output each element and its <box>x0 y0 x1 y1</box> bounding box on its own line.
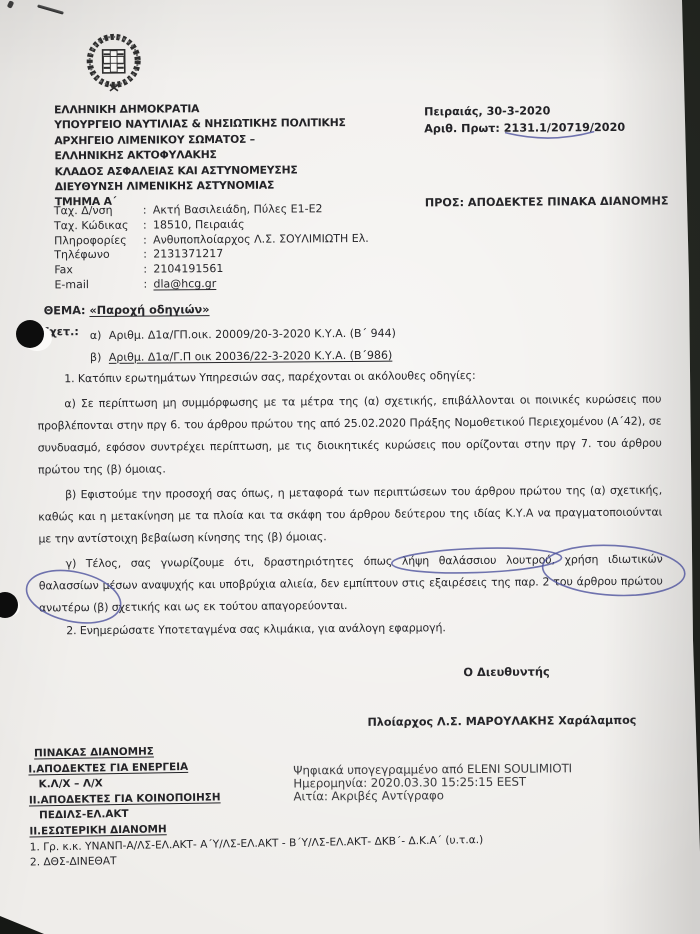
digital-signature-stamp: Ψηφιακά υπογεγραμμένο από ELENI SOULIMIO… <box>293 762 572 804</box>
hellenic-coat-of-arms-icon <box>80 30 147 95</box>
body-text-segment: σχετικής και ως εκ τούτου απαγορεύονται. <box>108 599 347 614</box>
contact-block: Ταχ. Δ/νση : Ακτή Βασιλειάδη, Πύλες Ε1-Ε… <box>54 202 369 293</box>
recipient-line: ΠΡΟΣ: ΑΠΟΔΕΚΤΕΣ ΠΙΝΑΚΑ ΔΙΑΝΟΜΗΣ <box>425 194 669 209</box>
place-date: Πειραιάς, 30-3-2020 <box>424 102 625 121</box>
agency-line: ΥΠΟΥΡΓΕΙΟ ΝΑΥΤΙΛΙΑΣ & ΝΗΣΙΩΤΙΚΗΣ ΠΟΛΙΤΙΚ… <box>54 115 346 133</box>
contact-row: Πληροφορίες : Ανθυποπλοίαρχος Λ.Σ. ΣΟΥΛΙ… <box>54 231 369 248</box>
contact-label: Πληροφορίες <box>54 233 143 248</box>
date-protocol-block: Πειραιάς, 30-3-2020 Αριθ. Πρωτ: 2131.1/2… <box>424 102 625 138</box>
signatory-name: Πλοίαρχος Λ.Σ. ΜΑΡΟΥΛΑΚΗΣ Χαράλαμπος <box>342 714 662 730</box>
body-text-segment: μέσων αναψυχής και υποβρύχια αλιεία, δεν… <box>99 575 577 592</box>
reference-prefix: β) <box>90 350 101 363</box>
digital-signature-line: Αιτία: Ακριβές Αντίγραφο <box>293 789 572 804</box>
reference-item: α) Αριθμ. Δ1α/ΓΠ.οικ. 20009/20-3-2020 Κ.… <box>90 323 396 347</box>
pen-circled-phrase: θαλασσίων <box>39 579 99 592</box>
body-text-segment: γ) Τέλος, σας γνωρίζουμε ότι, δραστηριότ… <box>66 555 402 571</box>
subject-value: «Παροχή οδηγιών» <box>89 303 209 317</box>
body-line: 2. Ενημερώσατε Υποτεταγμένα σας κλιμάκια… <box>39 616 663 643</box>
contact-value: 2131371217 <box>153 247 223 262</box>
agency-header: ΕΛΛΗΝΙΚΗ ΔΗΜΟΚΡΑΤΙΑ ΥΠΟΥΡΓΕΙΟ ΝΑΥΤΙΛΙΑΣ … <box>54 100 346 210</box>
contact-label: Ταχ. Κώδικας <box>54 218 143 233</box>
colon: : <box>143 263 153 278</box>
colon: : <box>143 248 153 263</box>
pen-circled-phrase: άρθρου πρώτου <box>577 575 663 589</box>
email-address: dla@hcg.gr <box>153 277 216 292</box>
reference-prefix: α) <box>90 329 102 342</box>
reference-text: Αριθμ. Δ1α/Γ.Π οικ 20036/22-3-2020 Κ.Υ.Α… <box>109 348 393 363</box>
reference-item: β) Αριθμ. Δ1α/Γ.Π οικ 20036/22-3-2020 Κ.… <box>90 344 396 368</box>
reference-text: Αριθμ. Δ1α/ΓΠ.οικ. 20009/20-3-2020 Κ.Υ.Α… <box>109 327 396 342</box>
scanned-document-photo: ΕΛΛΗΝΙΚΗ ΔΗΜΟΚΡΑΤΙΑ ΥΠΟΥΡΓΕΙΟ ΝΑΥΤΙΛΙΑΣ … <box>0 0 700 934</box>
contact-value: Ακτή Βασιλειάδη, Πύλες Ε1-Ε2 <box>153 202 323 218</box>
contact-label: Τηλέφωνο <box>54 248 143 263</box>
document-content: ΕΛΛΗΝΙΚΗ ΔΗΜΟΚΡΑΤΙΑ ΥΠΟΥΡΓΕΙΟ ΝΑΥΤΙΛΙΑΣ … <box>0 0 700 934</box>
contact-row: E-mail : dla@hcg.gr <box>54 276 369 293</box>
colon: : <box>143 278 153 293</box>
punch-hole-upper <box>16 320 44 348</box>
contact-label: E-mail <box>54 278 143 293</box>
contact-label: Ταχ. Δ/νση <box>54 204 143 219</box>
paper-sheet: ΕΛΛΗΝΙΚΗ ΔΗΜΟΚΡΑΤΙΑ ΥΠΟΥΡΓΕΙΟ ΝΑΥΤΙΛΙΑΣ … <box>0 0 700 934</box>
contact-value: 2104191561 <box>153 262 223 277</box>
pen-circled-phrase: χρήση ιδιωτικών <box>565 553 663 567</box>
subject-label: ΘΕΜΑ: <box>44 304 86 317</box>
colon: : <box>143 204 153 219</box>
colon: : <box>143 218 153 233</box>
body-text: 1. Κατόπιν ερωτημάτων Υπηρεσιών σας, παρ… <box>37 364 663 643</box>
distribution-list: ΠΙΝΑΚΑΣ ΔΙΑΝΟΜΗΣ Ι.ΑΠΟΔΕΚΤΕΣ ΓΙΑ ΕΝΕΡΓΕΙ… <box>28 739 484 871</box>
pen-circled-phrase: ανωτέρω (β) <box>39 601 108 615</box>
references-list: α) Αριθμ. Δ1α/ΓΠ.οικ. 20009/20-3-2020 Κ.… <box>90 323 396 368</box>
protocol-label: Αριθ. Πρωτ: <box>424 122 500 136</box>
contact-label: Fax <box>54 263 143 278</box>
pen-circled-phrase: λήψη θαλάσσιου λουτρού <box>402 553 552 567</box>
contact-value: 18510, Πειραιάς <box>153 218 245 234</box>
contact-row: Ταχ. Δ/νση : Ακτή Βασιλειάδη, Πύλες Ε1-Ε… <box>54 202 369 219</box>
colon: : <box>143 233 153 248</box>
body-text-segment: , <box>552 553 565 566</box>
protocol-number: 2131.1/20719/2020 <box>504 121 626 135</box>
contact-value: Ανθυποπλοίαρχος Λ.Σ. ΣΟΥΛΙΜΙΩΤΗ Ελ. <box>153 231 369 247</box>
signatory-title: Ο Διευθυντής <box>421 664 591 679</box>
